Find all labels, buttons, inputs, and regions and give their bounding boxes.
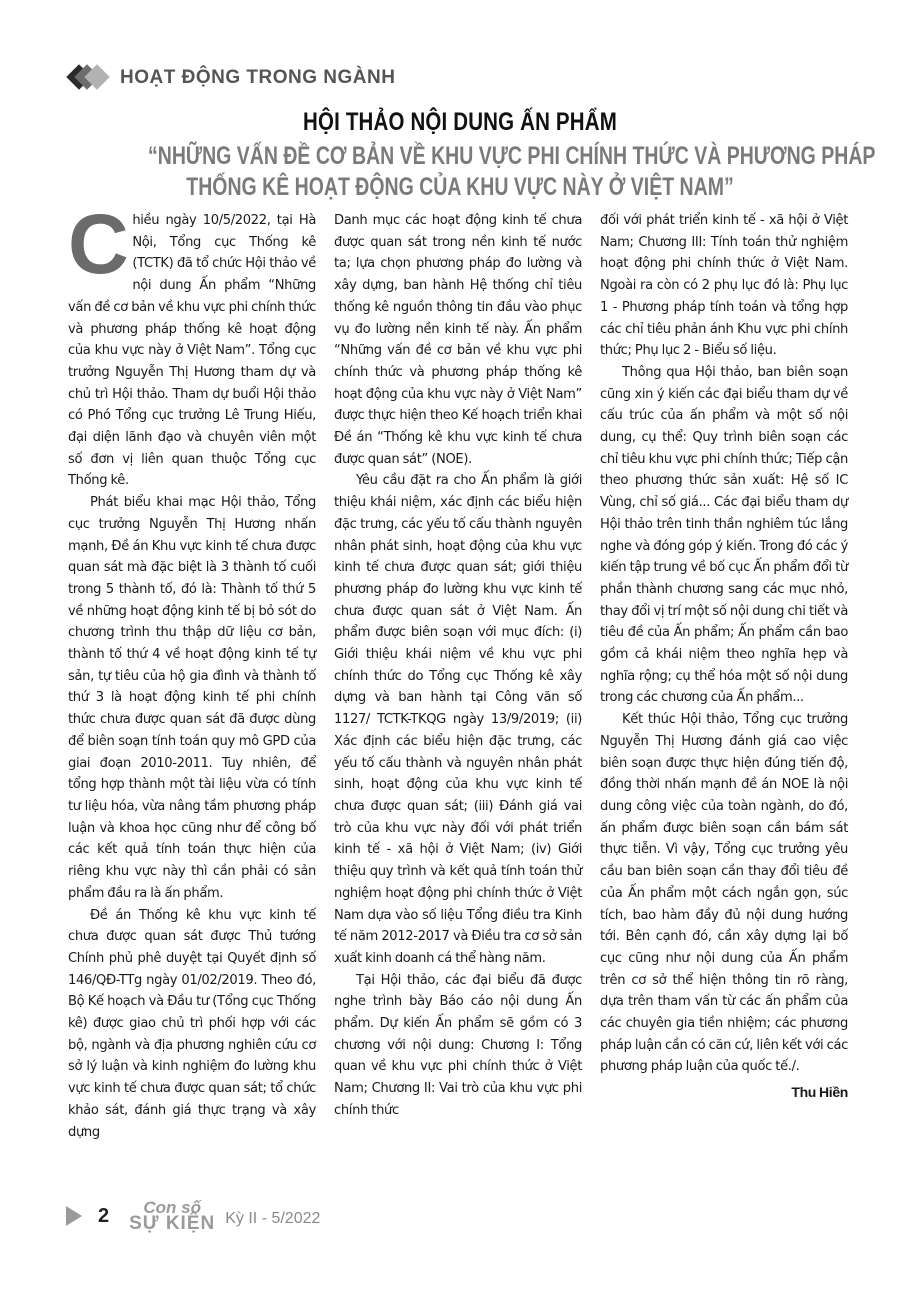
paragraph-2: Phát biểu khai mạc Hội thảo, Tổng cục tr… xyxy=(68,492,316,904)
paragraph-1: Chiều ngày 10/5/2022, tại Hà Nội, Tổng c… xyxy=(68,210,316,492)
author-byline: Thu Hiền xyxy=(600,1082,848,1104)
paragraph-5-cont: đối với phát triển kinh tế - xã hội ở Vi… xyxy=(600,210,848,362)
article-title: HỘI THẢO NỘI DUNG ẤN PHẨM xyxy=(132,108,788,137)
paragraph-7: Kết thúc Hội thảo, Tổng cục trưởng Nguyễ… xyxy=(600,709,848,1078)
page-number: 2 xyxy=(98,1205,109,1228)
paragraph-3-cont: Danh mục các hoạt động kinh tế chưa được… xyxy=(334,210,582,470)
page-footer: 2 Con số SỰ KIỆN Kỳ II - 5/2022 xyxy=(66,1200,320,1232)
article-body: Chiều ngày 10/5/2022, tại Hà Nội, Tổng c… xyxy=(68,210,848,1143)
paragraph-3: Đề án Thống kê khu vực kinh tế chưa được… xyxy=(68,905,316,1144)
triple-chevron-left-icon xyxy=(66,64,112,92)
section-title: HOẠT ĐỘNG TRONG NGÀNH xyxy=(120,67,395,89)
column-1: Chiều ngày 10/5/2022, tại Hà Nội, Tổng c… xyxy=(68,210,316,1143)
paragraph-4: Yêu cầu đặt ra cho Ấn phẩm là giới thiệu… xyxy=(334,470,582,969)
article-subtitle-line-2: THỐNG KÊ HOẠT ĐỘNG CỦA KHU VỰC NÀY Ở VIỆ… xyxy=(148,172,772,203)
article-subtitle-line-1: “NHỮNG VẤN ĐỀ CƠ BẢN VỀ KHU VỰC PHI CHÍN… xyxy=(148,141,772,172)
column-2: Danh mục các hoạt động kinh tế chưa được… xyxy=(334,210,582,1143)
magazine-logo: Con số SỰ KIỆN xyxy=(129,1200,215,1232)
section-header: HOẠT ĐỘNG TRONG NGÀNH xyxy=(66,64,395,92)
article-headline: HỘI THẢO NỘI DUNG ẤN PHẨM “NHỮNG VẤN ĐỀ … xyxy=(60,108,860,203)
paragraph-5: Tại Hội thảo, các đại biểu đã được nghe … xyxy=(334,970,582,1122)
triangle-right-icon xyxy=(66,1206,82,1226)
drop-cap: C xyxy=(68,212,128,276)
column-3: đối với phát triển kinh tế - xã hội ở Vi… xyxy=(600,210,848,1143)
issue-label: Kỳ II - 5/2022 xyxy=(225,1210,320,1228)
paragraph-6: Thông qua Hội thảo, ban biên soạn cũng x… xyxy=(600,362,848,709)
